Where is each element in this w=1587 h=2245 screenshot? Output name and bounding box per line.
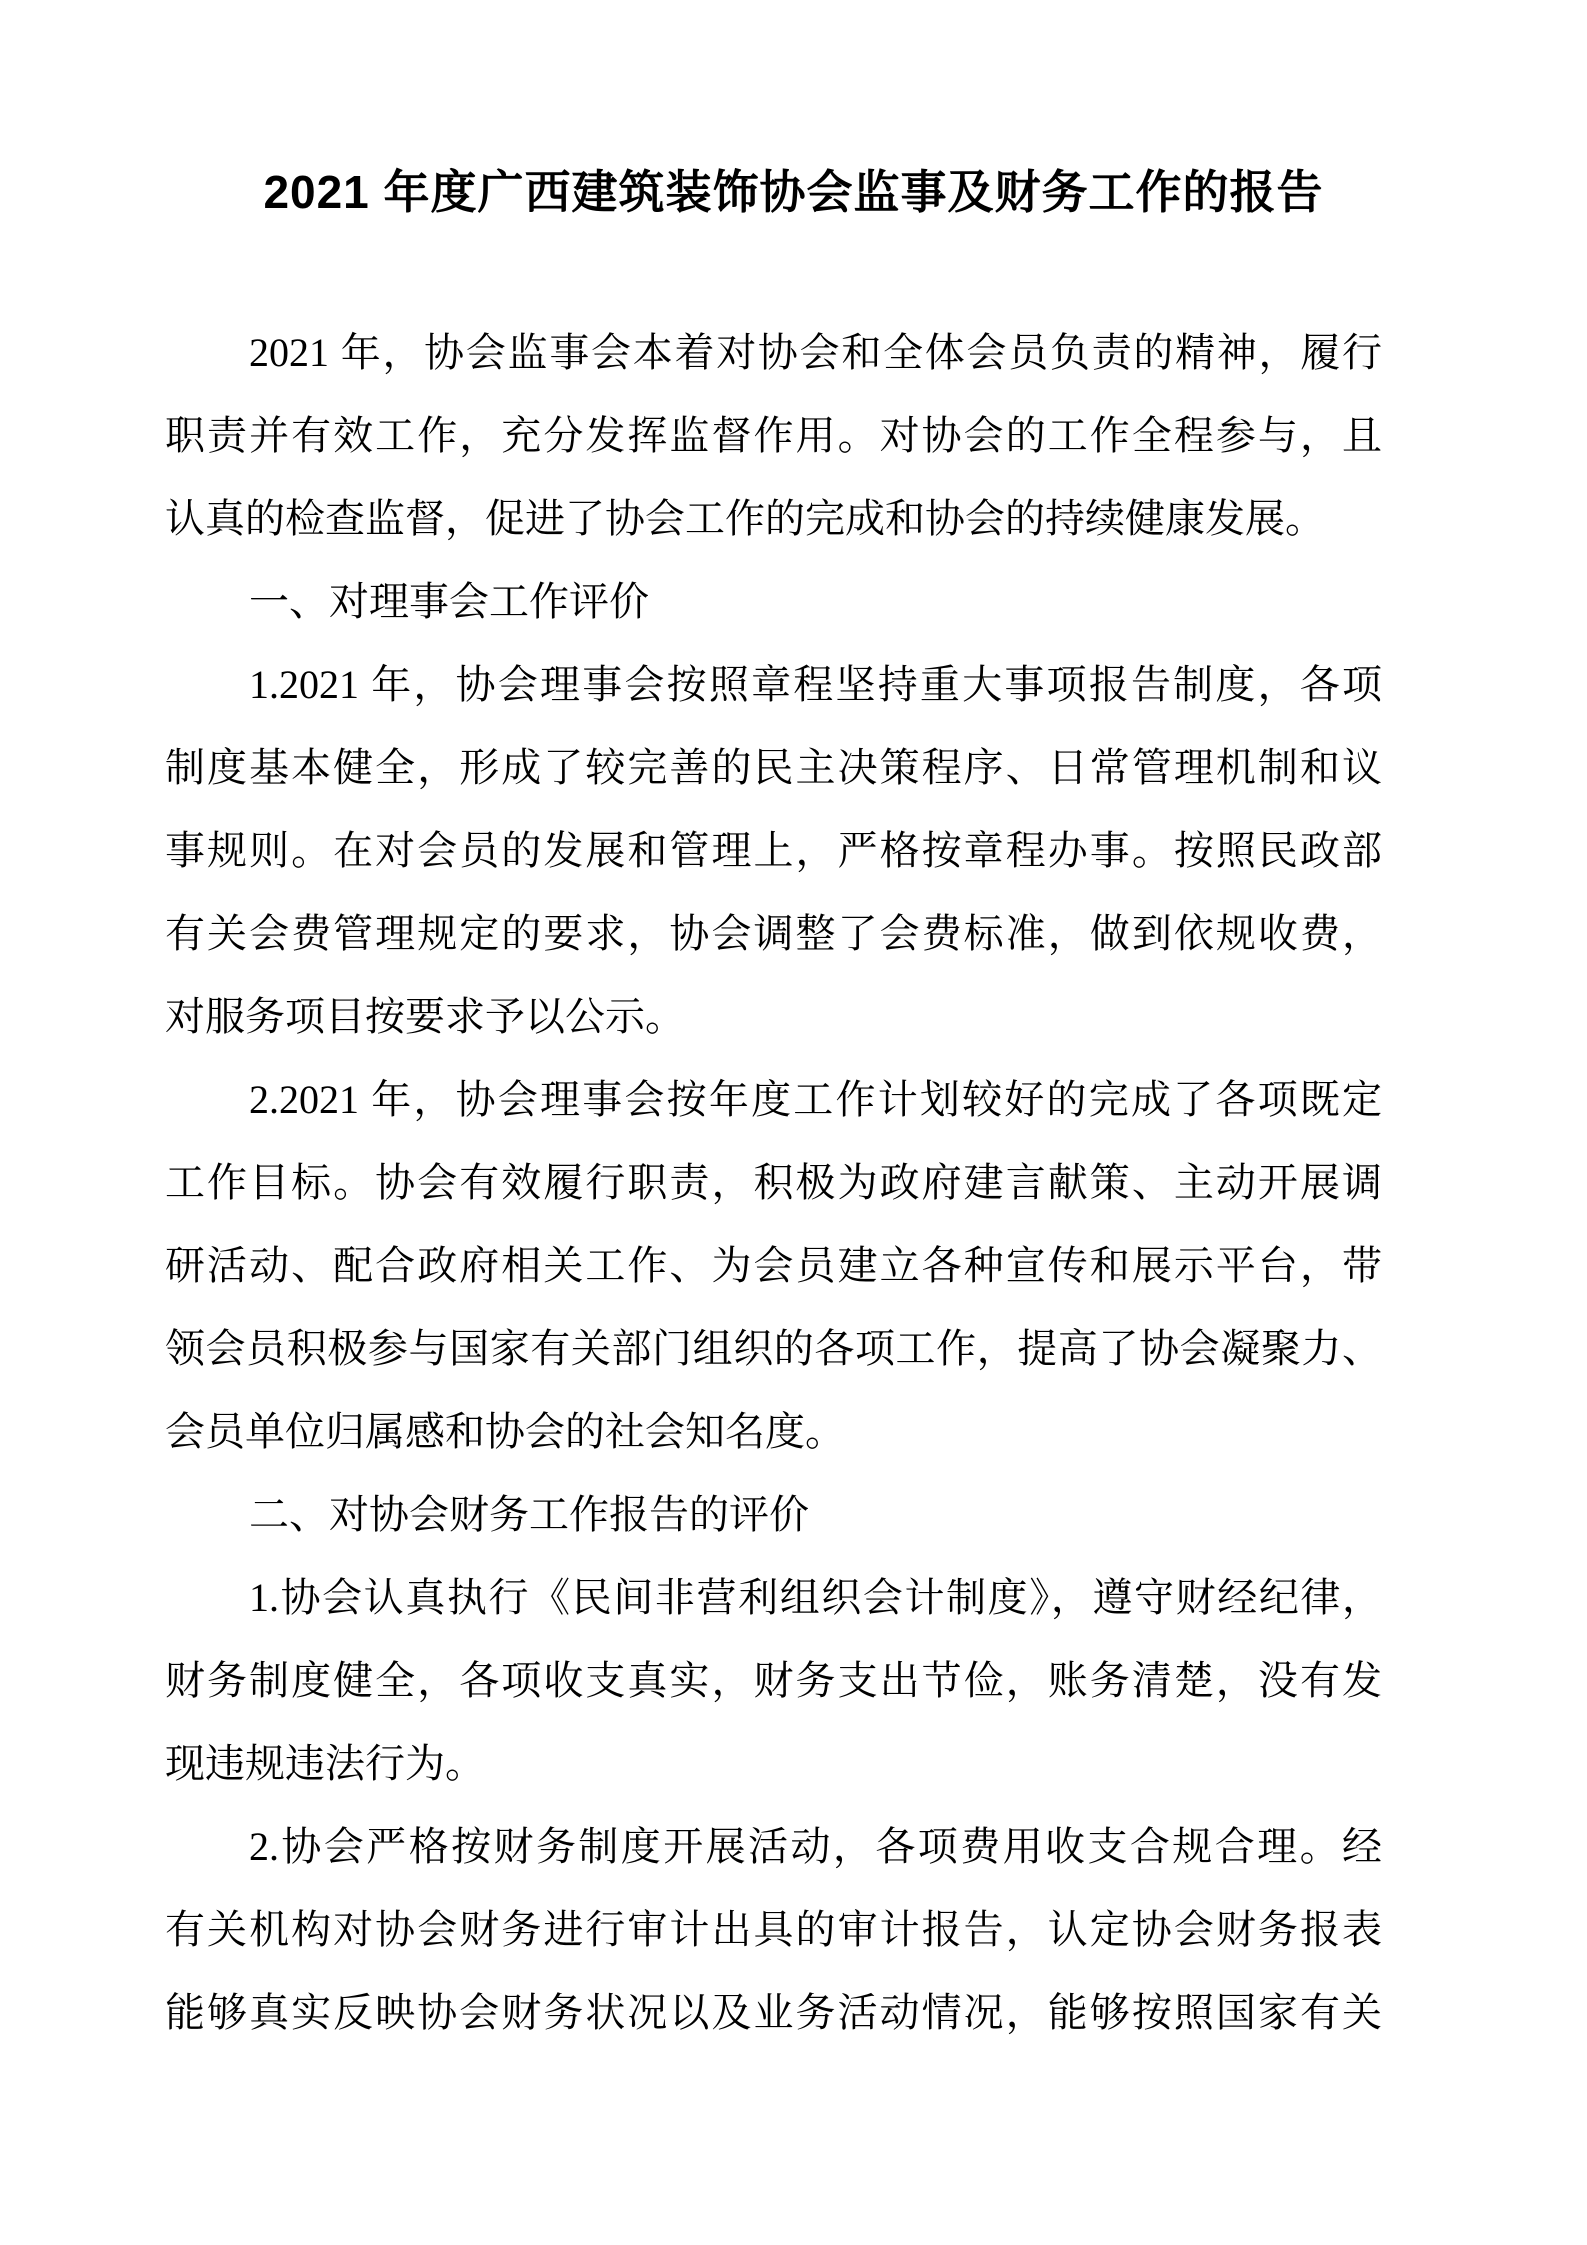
text-line: 对服务项目按要求予以公示。 (165, 975, 1382, 1058)
text-line: 1.协会认真执行《民间非营利组织会计制度》，遵守财经纪律， (165, 1556, 1382, 1639)
text-line: 制度基本健全，形成了较完善的民主决策程序、日常管理机制和议 (165, 726, 1382, 809)
document-body: 2021 年，协会监事会本着对协会和全体会员负责的精神，履行职责并有效工作，充分… (165, 311, 1382, 2054)
text-line: 领会员积极参与国家有关部门组织的各项工作，提高了协会凝聚力、 (165, 1307, 1382, 1390)
text-line: 二、对协会财务工作报告的评价 (165, 1473, 1382, 1556)
text-line: 研活动、配合政府相关工作、为会员建立各种宣传和展示平台，带 (165, 1224, 1382, 1307)
text-line: 2021 年，协会监事会本着对协会和全体会员负责的精神，履行 (165, 311, 1382, 394)
text-line: 工作目标。协会有效履行职责，积极为政府建言献策、主动开展调 (165, 1141, 1382, 1224)
text-line: 能够真实反映协会财务状况以及业务活动情况，能够按照国家有关 (165, 1971, 1382, 2054)
text-line: 认真的检查监督，促进了协会工作的完成和协会的持续健康发展。 (165, 477, 1382, 560)
text-line: 1.2021 年，协会理事会按照章程坚持重大事项报告制度，各项 (165, 643, 1382, 726)
document-page: 2021 年度广西建筑装饰协会监事及财务工作的报告 2021 年，协会监事会本着… (0, 0, 1587, 2245)
text-line: 有关会费管理规定的要求，协会调整了会费标准，做到依规收费， (165, 892, 1382, 975)
text-line: 现违规违法行为。 (165, 1722, 1382, 1805)
text-line: 有关机构对协会财务进行审计出具的审计报告，认定协会财务报表 (165, 1888, 1382, 1971)
text-line: 会员单位归属感和协会的社会知名度。 (165, 1390, 1382, 1473)
text-line: 财务制度健全，各项收支真实，财务支出节俭，账务清楚，没有发 (165, 1639, 1382, 1722)
document-title: 2021 年度广西建筑装饰协会监事及财务工作的报告 (0, 0, 1587, 221)
text-line: 职责并有效工作，充分发挥监督作用。对协会的工作全程参与，且 (165, 394, 1382, 477)
text-line: 事规则。在对会员的发展和管理上，严格按章程办事。按照民政部 (165, 809, 1382, 892)
text-line: 2.协会严格按财务制度开展活动，各项费用收支合规合理。经 (165, 1805, 1382, 1888)
text-line: 2.2021 年，协会理事会按年度工作计划较好的完成了各项既定 (165, 1058, 1382, 1141)
text-line: 一、对理事会工作评价 (165, 560, 1382, 643)
